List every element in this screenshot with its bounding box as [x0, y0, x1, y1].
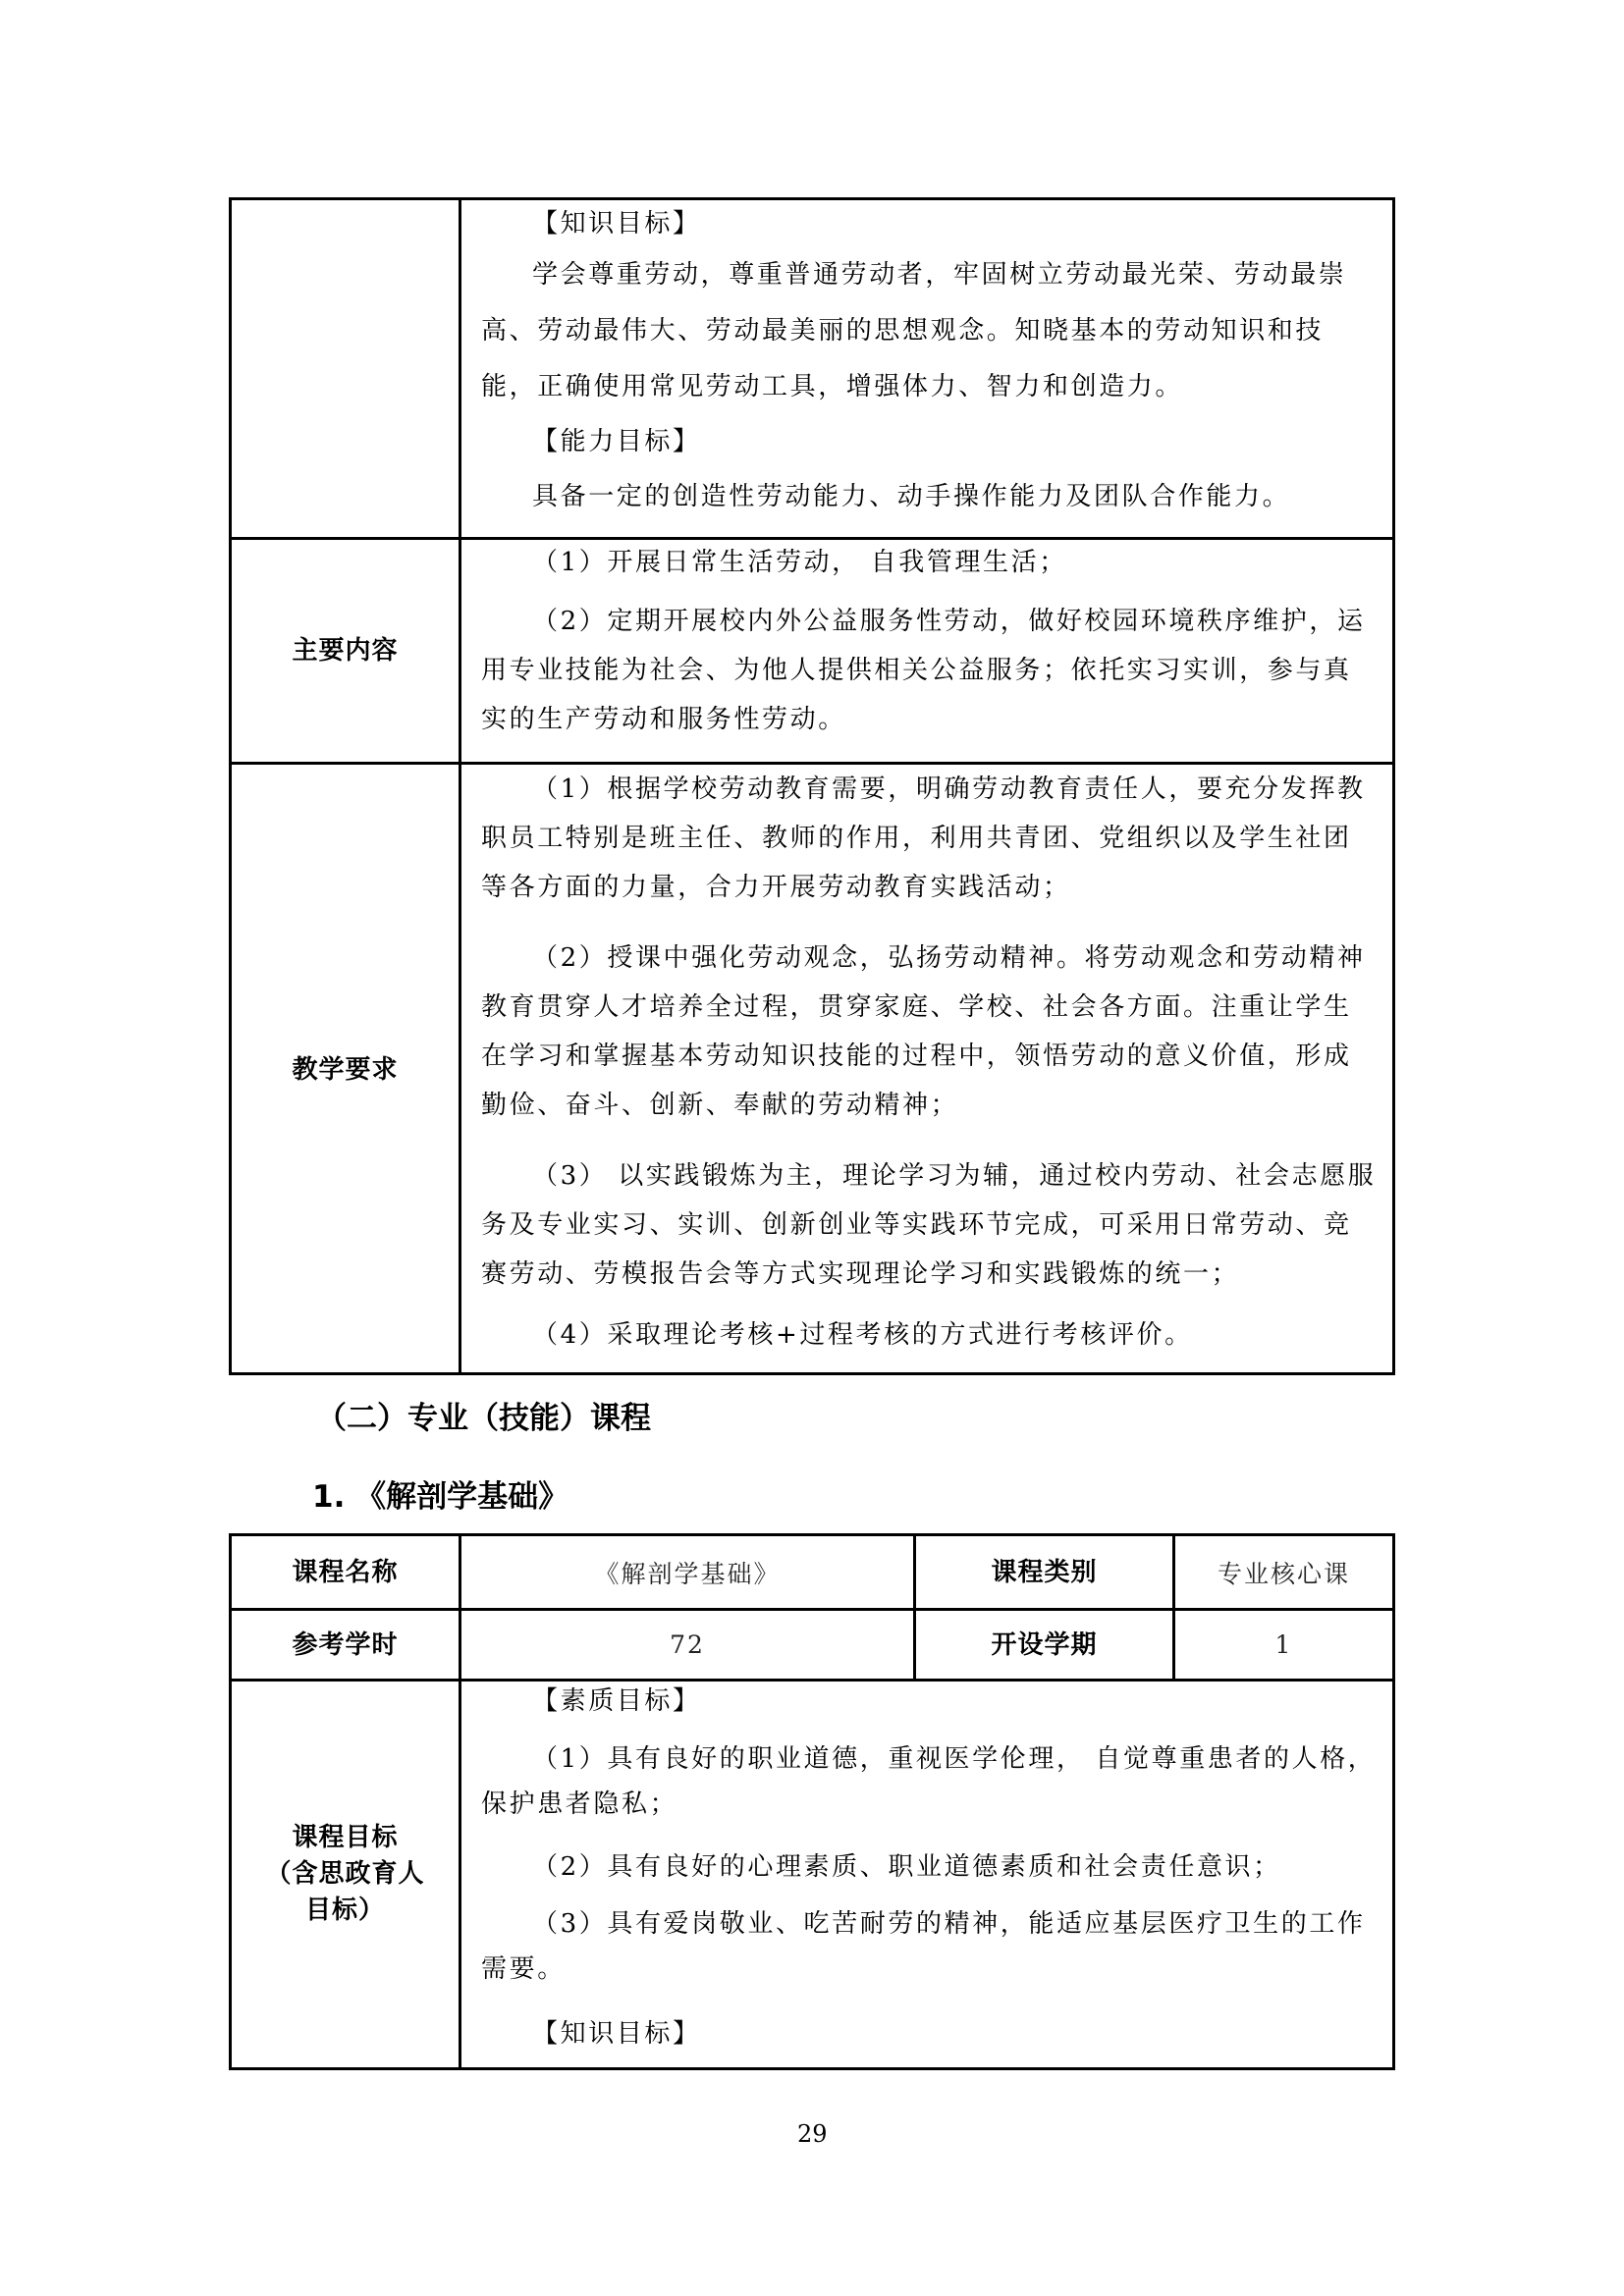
anatomy-course-table: 课程名称 《解剖学基础》 课程类别 专业核心课 参考学时 72 开设学期 1 课… [229, 1533, 1395, 2070]
ability-objective-text: 具备一定的创造性劳动能力、动手操作能力及团队合作能力。 [481, 468, 1379, 525]
section-heading: （二）专业（技能）课程 [316, 1397, 651, 1440]
course-info-row-1: 课程名称 《解剖学基础》 课程类别 专业核心课 [232, 1536, 1392, 1608]
course-info-row-2: 参考学时 72 开设学期 1 [232, 1608, 1392, 1679]
main-content-body: （1）开展日常生活劳动， 自我管理生活； （2）定期开展校内外公益服务性劳动，做… [459, 540, 1392, 762]
course-heading: 1. 《解剖学基础》 [312, 1475, 568, 1519]
objectives-label-line3: 目标） [305, 1893, 385, 1929]
course-name-value: 《解剖学基础》 [459, 1536, 913, 1608]
page-number: 29 [797, 2120, 828, 2148]
objectives-row: 【知识目标】 学会尊重劳动，尊重普通劳动者，牢固树立劳动最光荣、劳动最崇高、劳动… [232, 200, 1392, 537]
requirement-item: （1）根据学校劳动教育需要，明确劳动教育责任人，要充分发挥教职员工特别是班主任、… [481, 765, 1379, 912]
course-type-value: 专业核心课 [1172, 1536, 1392, 1608]
quality-objective-heading: 【素质目标】 [481, 1682, 1379, 1721]
row-label [232, 200, 459, 537]
main-content-item: （2）定期开展校内外公益服务性劳动，做好校园环境秩序维护，运用专业技能为社会、为… [481, 597, 1379, 744]
course-objectives-row: 课程目标 （含思政育人 目标） 【素质目标】 （1）具有良好的职业道德，重视医学… [232, 1679, 1392, 2067]
teaching-requirements-label: 教学要求 [232, 765, 459, 1375]
course-objectives-body: 【素质目标】 （1）具有良好的职业道德，重视医学伦理， 自觉尊重患者的人格，保护… [459, 1682, 1392, 2067]
main-content-row: 主要内容 （1）开展日常生活劳动， 自我管理生活； （2）定期开展校内外公益服务… [232, 537, 1392, 762]
teaching-requirements-row: 教学要求 （1）根据学校劳动教育需要，明确劳动教育责任人，要充分发挥教职员工特别… [232, 762, 1392, 1375]
objectives-content: 【知识目标】 学会尊重劳动，尊重普通劳动者，牢固树立劳动最光荣、劳动最崇高、劳动… [459, 200, 1392, 537]
semester-value: 1 [1172, 1611, 1392, 1679]
knowledge-objective-heading: 【知识目标】 [481, 200, 1379, 247]
requirement-item: （4）采取理论考核+过程考核的方式进行考核评价。 [481, 1310, 1379, 1360]
quality-objective-item: （1）具有良好的职业道德，重视医学伦理， 自觉尊重患者的人格，保护患者隐私； [481, 1736, 1379, 1827]
quality-objective-item: （3）具有爱岗敬业、吃苦耐劳的精神，能适应基层医疗卫生的工作需要。 [481, 1901, 1379, 1992]
requirement-item: （3） 以实践锻炼为主，理论学习为辅，通过校内劳动、社会志愿服务及专业实习、实训… [481, 1151, 1379, 1299]
labor-education-table: 【知识目标】 学会尊重劳动，尊重普通劳动者，牢固树立劳动最光荣、劳动最崇高、劳动… [229, 197, 1395, 1375]
main-content-label: 主要内容 [232, 540, 459, 762]
course-type-label: 课程类别 [913, 1536, 1172, 1608]
objectives-label-line1: 课程目标 [292, 1820, 398, 1856]
requirement-item: （2）授课中强化劳动观念，弘扬劳动精神。将劳动观念和劳动精神教育贯穿人才培养全过… [481, 934, 1379, 1130]
semester-label: 开设学期 [913, 1611, 1172, 1679]
hours-label: 参考学时 [232, 1611, 459, 1679]
teaching-requirements-body: （1）根据学校劳动教育需要，明确劳动教育责任人，要充分发挥教职员工特别是班主任、… [459, 765, 1392, 1375]
knowledge-objective-heading: 【知识目标】 [481, 2011, 1379, 2056]
main-content-item: （1）开展日常生活劳动， 自我管理生活； [481, 540, 1379, 585]
hours-value: 72 [459, 1611, 913, 1679]
course-name-label: 课程名称 [232, 1536, 459, 1608]
quality-objective-item: （2）具有良好的心理素质、职业道德素质和社会责任意识； [481, 1844, 1379, 1890]
course-objectives-label: 课程目标 （含思政育人 目标） [232, 1682, 459, 2067]
knowledge-objective-text: 学会尊重劳动，尊重普通劳动者，牢固树立劳动最光荣、劳动最崇高、劳动最伟大、劳动最… [481, 247, 1379, 415]
objectives-label-line2: （含思政育人 [265, 1856, 424, 1893]
ability-objective-heading: 【能力目标】 [481, 415, 1379, 468]
